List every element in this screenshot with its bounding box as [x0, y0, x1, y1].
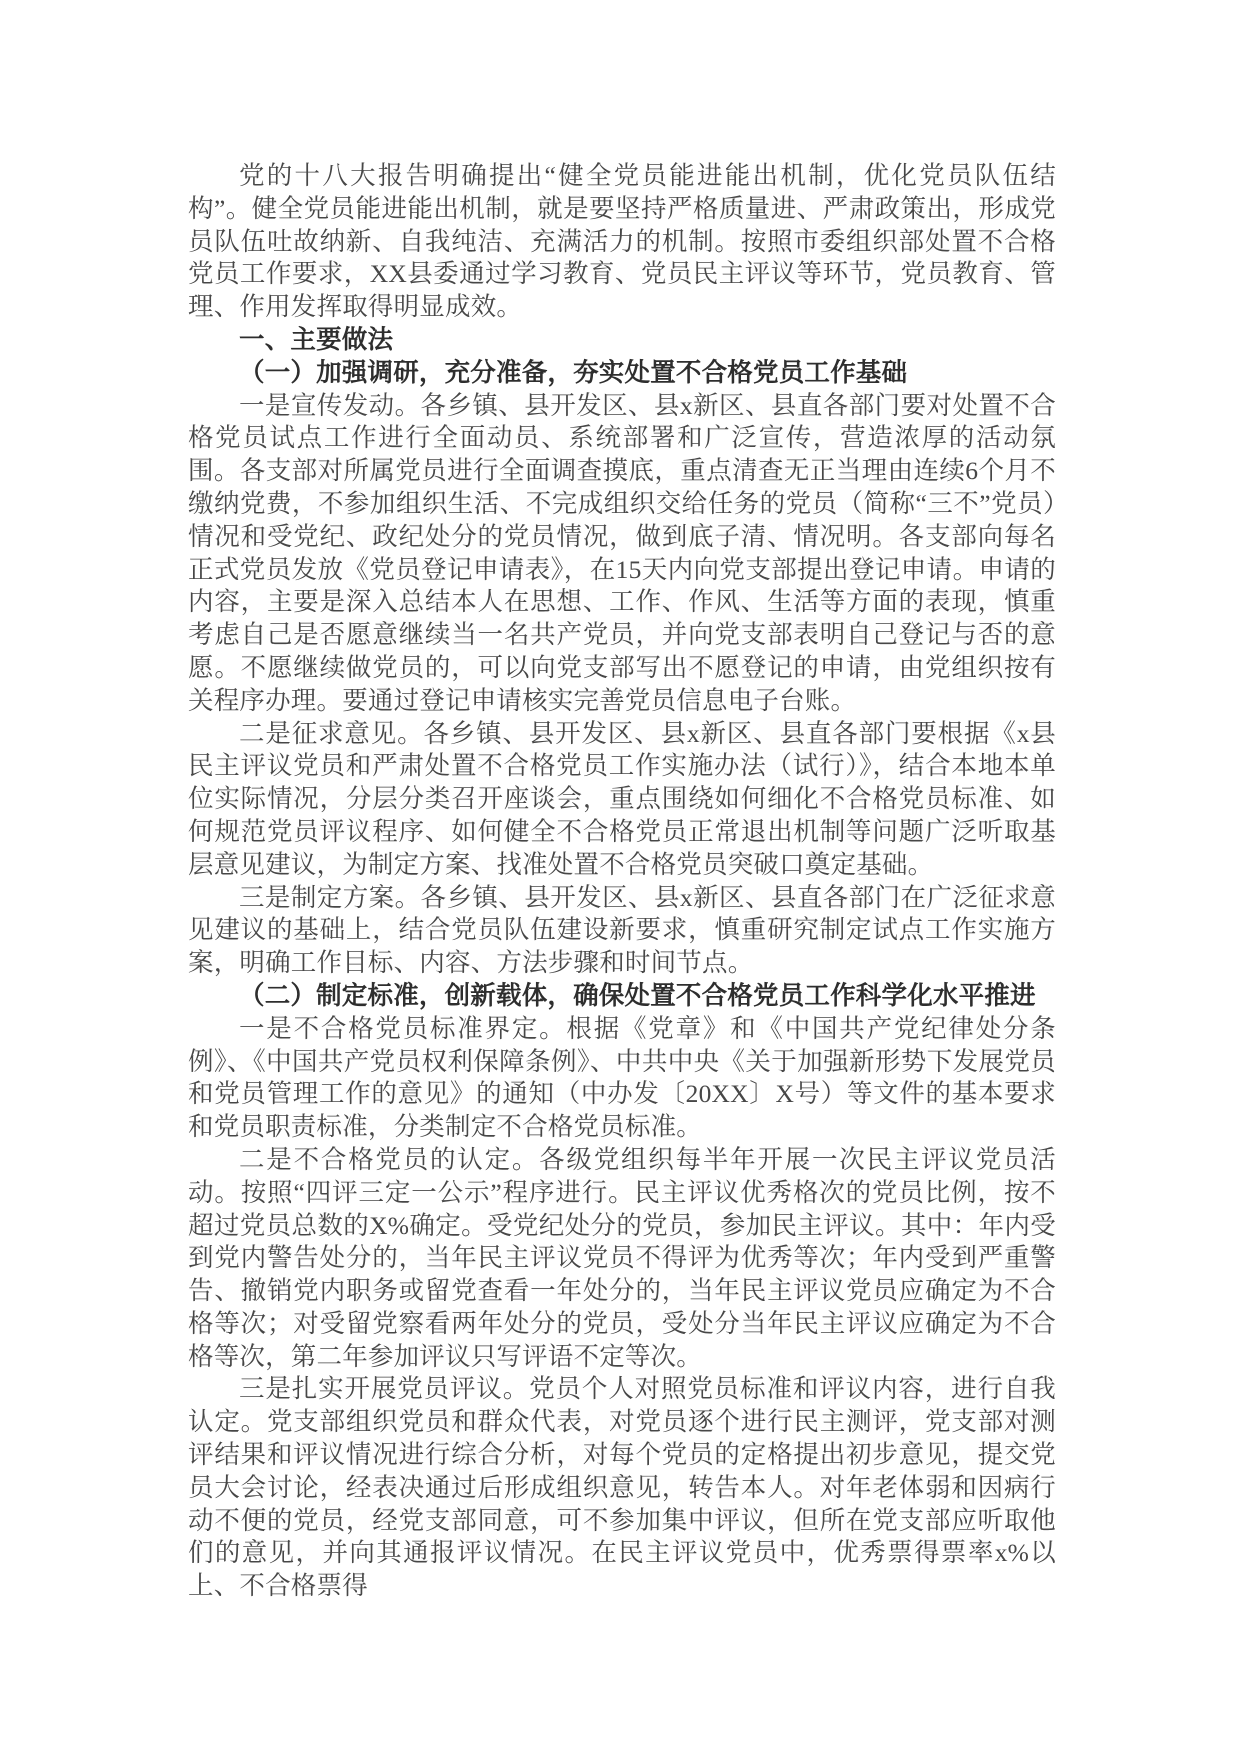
paragraph-4-standard-definition: 一是不合格党员标准界定。根据《党章》和《中国共产党纪律处分条例》、《中国共产党员…: [188, 1013, 1056, 1144]
paragraph-3-formulate-plan: 三是制定方案。各乡镇、县开发区、县x新区、县直各部门在广泛征求意见建议的基础上，…: [188, 882, 1056, 980]
heading-sub-1-research: （一）加强调研，充分准备，夯实处置不合格党员工作基础: [188, 357, 1056, 390]
paragraph-5-identification: 二是不合格党员的认定。各级党组织每半年开展一次民主评议党员活动。按照“四评三定一…: [188, 1144, 1056, 1374]
document-page: 党的十八大报告明确提出“健全党员能进能出机制，优化党员队伍结构”。健全党员能进能…: [0, 0, 1240, 1754]
paragraph-2-solicit-opinions: 二是征求意见。各乡镇、县开发区、县x新区、县直各部门要根据《x县民主评议党员和严…: [188, 718, 1056, 882]
paragraph-1-propaganda: 一是宣传发动。各乡镇、县开发区、县x新区、县直各部门要对处置不合格党员试点工作进…: [188, 390, 1056, 718]
paragraph-intro: 党的十八大报告明确提出“健全党员能进能出机制，优化党员队伍结构”。健全党员能进能…: [188, 160, 1056, 324]
paragraph-6-member-review: 三是扎实开展党员评议。党员个人对照党员标准和评议内容，进行自我认定。党支部组织党…: [188, 1373, 1056, 1603]
heading-sub-2-standards: （二）制定标准，创新载体，确保处置不合格党员工作科学化水平推进: [188, 980, 1056, 1013]
heading-main-practices: 一、主要做法: [188, 324, 1056, 357]
